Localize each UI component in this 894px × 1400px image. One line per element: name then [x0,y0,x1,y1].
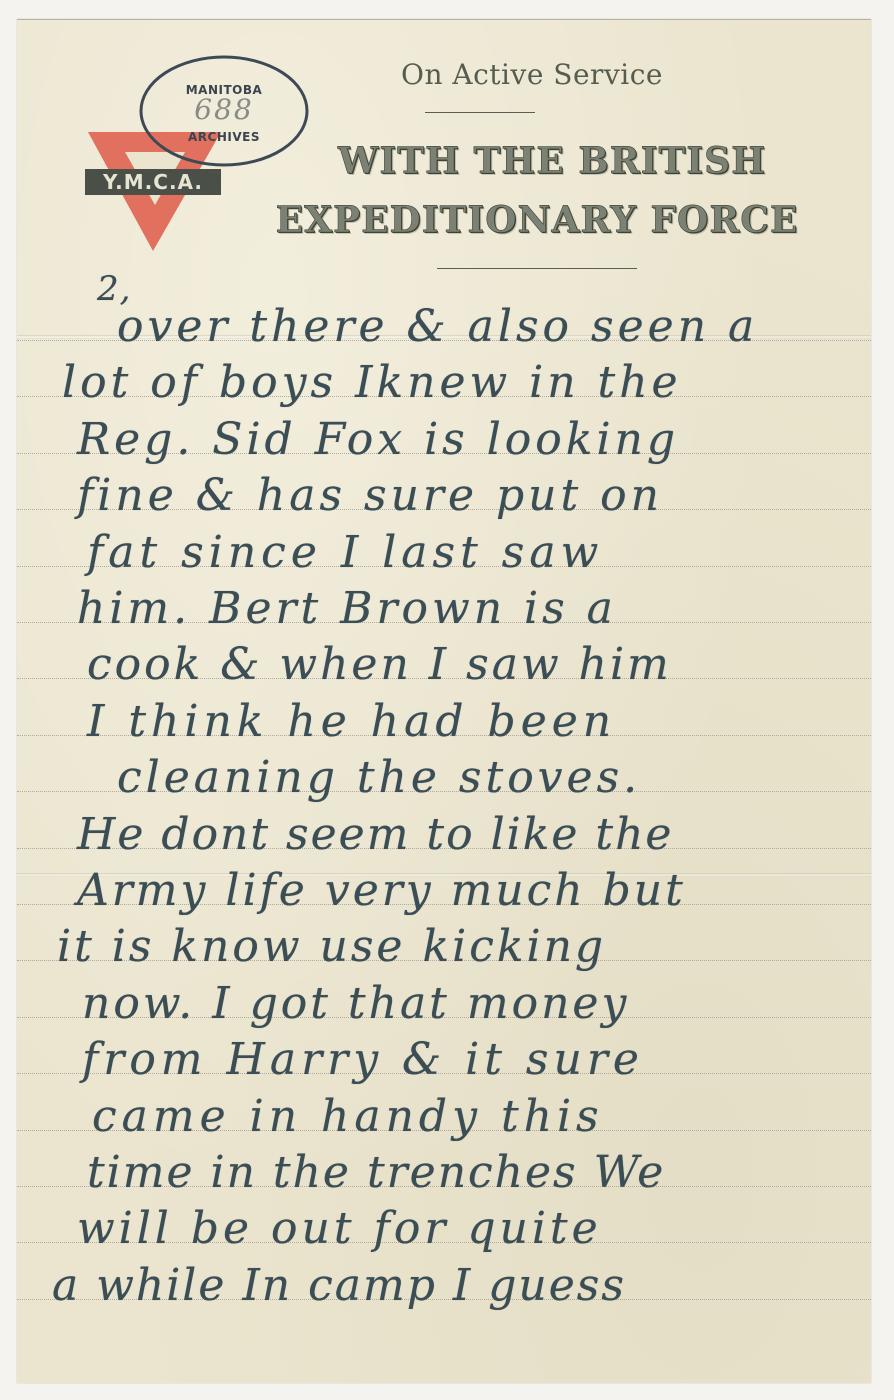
letter-line: Reg. Sid Fox is looking [77,418,679,462]
stamp-label-bottom: ARCHIVES [139,130,309,144]
letter-line: it is know use kicking [57,925,606,969]
letter-line: will be out for quite [77,1207,602,1251]
letter-line: now. I got that money [82,982,629,1026]
letter-line: He dont seem to like the [77,813,673,857]
letter-line: a while In camp I guess [52,1264,626,1308]
letterhead-divider-top [425,112,535,113]
letter-line: I think he had been [87,700,616,744]
letter-line: lot of boys Iknew in the [62,361,682,405]
letter-line: cleaning the stoves. [117,756,641,800]
letterhead-title-line-1: WITH THE BRITISH [307,140,797,182]
letter-line: cook & when I saw him [87,643,672,687]
stamp-number: 688 [139,93,309,126]
letter-page: Y.M.C.A. MANITOBA 688 ARCHIVES On Active… [17,19,871,1383]
letterhead-title-line-2: EXPEDITIONARY FORCE [267,199,807,241]
letterhead-divider-bottom [437,268,637,269]
archives-stamp: MANITOBA 688 ARCHIVES [139,55,309,167]
letter-line: over there & also seen a [117,305,758,349]
letter-line: fine & has sure put on [77,474,663,518]
letter-line: fat since I last saw [87,531,603,575]
letter-line: Army life very much but [77,869,686,913]
letterhead-subtitle: On Active Service [317,58,747,91]
letter-line: him. Bert Brown is a [77,587,617,631]
letter-line: came in handy this [92,1095,604,1139]
letter-line: from Harry & it sure [82,1038,644,1082]
letter-line: time in the trenches We [87,1151,665,1195]
svg-text:Y.M.C.A.: Y.M.C.A. [102,170,203,194]
